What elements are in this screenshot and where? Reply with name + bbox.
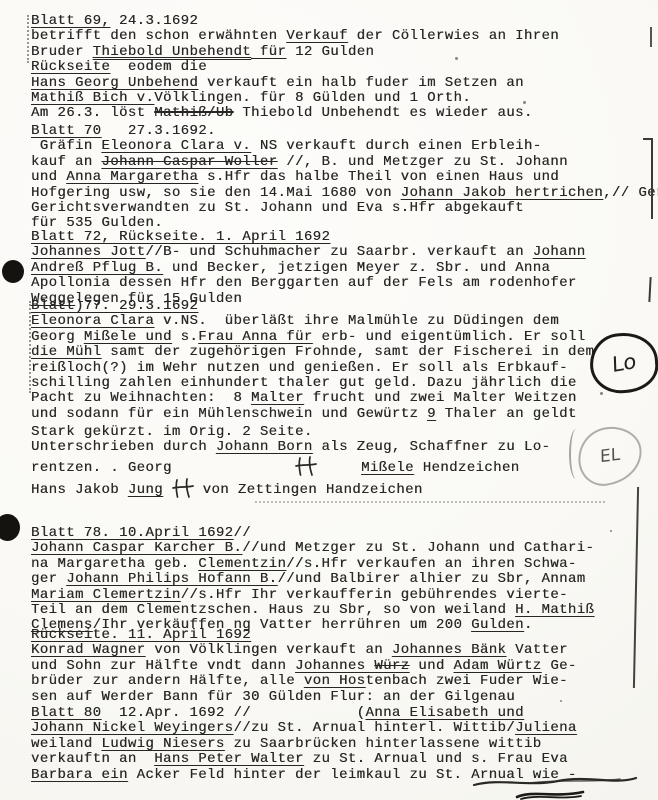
text-line: Hofgering usw, so sie den 14.Mai 1680 vo… — [31, 186, 658, 201]
text-segment: Johann Jakob hertrichen — [401, 185, 603, 201]
text-line: betrifft den schon erwähnten Verkauf der… — [31, 29, 658, 44]
text-line: rentzen. . Georg Mißele Hendzeichen — [31, 456, 658, 471]
text-segment: //s.Hfr verkaufen an ihren Schwa- — [286, 556, 576, 572]
text-segment: Jung — [128, 482, 163, 498]
text-line: Teil an dem Clementzschen. Haus zu Sbr, … — [31, 603, 658, 618]
text-segment: Hans Georg Unbehend — [31, 75, 198, 91]
text-segment: reißloch(?) im Wehr nutzen und genießen.… — [31, 360, 568, 376]
text-segment: Hans Peter Walter — [154, 751, 304, 767]
text-segment: 24.3.1692 — [110, 13, 198, 29]
text-segment: weiland — [31, 736, 101, 752]
text-segment: tenbach zwei Fuder Wie- — [365, 673, 567, 689]
scan-speck — [560, 700, 562, 702]
scan-speck — [455, 57, 458, 60]
text-segment: Anna Elisabeth und — [365, 705, 523, 721]
text-segment: Clementzin — [198, 556, 286, 572]
text-segment: von Zettingen Handzeichen — [194, 482, 423, 498]
text-segment: )77. 29.3.1692 — [75, 298, 198, 314]
text-line: Johann Caspar Karcher B.//und Metzger zu… — [31, 541, 658, 556]
text-segment: und Sohn zur Hälfte vndt dann — [31, 658, 295, 674]
text-segment: Gerichtsverwandten zu St. Johann und Eva… — [31, 200, 524, 216]
text-segment: ( — [251, 705, 365, 721]
text-segment: sen auf Werder Bann für 30 Gülden Flur: … — [31, 689, 515, 705]
text-segment: und Becker, jetzigen Meyer z. Sbr. und A… — [163, 260, 550, 276]
section-blatt-69: Blatt 69, 24.3.1692betrifft den schon er… — [31, 14, 658, 122]
text-segment: Würz — [374, 658, 409, 674]
text-segment: Hendzeichen — [414, 460, 520, 476]
text-segment — [172, 460, 295, 476]
text-segment: Johann Nickel Weyingers — [31, 720, 233, 736]
text-segment: von Völklingen verkauft an — [145, 642, 391, 658]
text-line: Hans Georg Unbehend verkauft ein halb fu… — [31, 76, 658, 91]
text-line: Apollonia dessen Hfr den Berggarten auf … — [31, 276, 658, 291]
text-segment: s. — [172, 329, 198, 345]
text-line: Pacht zu Weihnachten: 8 Malter frucht un… — [31, 391, 658, 406]
text-segment: Teil an dem Clementzschen. Haus zu Sbr, … — [31, 602, 515, 618]
text-line: na Margaretha geb. Clementzin//s.Hfr ver… — [31, 557, 658, 572]
text-line: Stark gekürzt. im Orig. 2 Seite. — [31, 425, 658, 440]
text-segment: // — [233, 525, 251, 541]
text-segment: Mathiß Bich v. — [31, 90, 154, 106]
scan-speck — [523, 101, 526, 104]
text-segment: Johann Born — [216, 439, 313, 455]
text-segment: Rückseite. 11. April 1692 — [31, 627, 251, 643]
text-line: verkauftn an Hans Peter Walter zu St. Ar… — [31, 752, 658, 767]
text-segment: Juliena — [515, 720, 577, 736]
text-line: Andreß Pflug B. und Becker, jetzigen Mey… — [31, 261, 658, 276]
handzeichen-mark-icon — [295, 456, 317, 476]
text-segment: Eleonora Clara v. — [101, 138, 251, 154]
text-segment: Thaler an geldt — [436, 406, 577, 422]
text-segment: Apollonia dessen Hfr den Berggarten auf … — [31, 275, 577, 291]
text-segment: verkauftn an — [31, 751, 154, 767]
text-segment: für — [251, 44, 286, 60]
text-segment: Thiebold Unbehendt es wieder aus. — [233, 105, 532, 121]
text-segment: Barbara ein — [31, 767, 128, 783]
text-segment: Johannes Bänk — [392, 642, 506, 658]
text-line: Gerichtsverwandten zu St. Johann und Eva… — [31, 201, 658, 216]
hole-punch-dot — [2, 260, 24, 283]
text-segment: als Zeug, Schaffner zu Lo- — [313, 439, 551, 455]
text-segment: zu Saarbrücken hinterlassene wittib — [225, 736, 542, 752]
scan-speck — [610, 530, 612, 532]
right-margin-bracket-tick — [643, 138, 653, 140]
text-line: schilling zahlen einhundert thaler gut g… — [31, 376, 658, 391]
text-layer: Blatt 69, 24.3.1692betrifft den schon er… — [0, 0, 658, 800]
text-segment: Andreß Pflug B. — [31, 260, 163, 276]
text-segment: Ludwig Niesers — [101, 736, 224, 752]
text-segment: NS verkauft durch einen Erbleih- — [251, 138, 541, 154]
text-segment: v.NS. überläßt ihre Malmühle zu Düdingen… — [154, 313, 559, 329]
text-line: Rückseite. 11. April 1692 — [31, 628, 658, 643]
text-segment: Blatt 72, Rückseite. 1. April 1692 — [31, 229, 330, 245]
text-segment: 27.3.1692. — [101, 123, 215, 139]
text-segment: ,// Geri — [603, 185, 658, 201]
text-segment: Ge- — [542, 658, 577, 674]
section-blatt-77-note: Stark gekürzt. im Orig. 2 Seite.Untersch… — [31, 425, 658, 471]
text-line: Mathiß Bich v.Völklingen. für 8 Gülden u… — [31, 91, 658, 106]
text-segment: von Hos — [304, 673, 366, 689]
text-segment: Blatt 78. 10.April 1692 — [31, 525, 233, 541]
section-blatt-70: Blatt 70 27.3.1692. Gräfin Eleonora Clar… — [31, 124, 658, 232]
left-margin-dotted-line — [27, 15, 29, 63]
text-segment: brüder zur andern Hälfte, alle — [31, 673, 304, 689]
text-line: Blatt 70 27.3.1692. — [31, 124, 658, 139]
text-segment: Völklingen. für 8 Gülden und 1 Orth. — [154, 90, 471, 106]
text-segment: Mathiß/Ub — [154, 105, 233, 121]
text-line: Blatt)77. 29.3.1692 — [31, 299, 658, 314]
text-line: und sodann für ein Mühlenschwein und Gew… — [31, 407, 658, 422]
text-line: und Sohn zur Hälfte vndt dann Johannes W… — [31, 659, 658, 674]
text-line: weiland Ludwig Niesers zu Saarbrücken hi… — [31, 737, 658, 752]
text-segment: Johann Philips Hofann B. — [66, 571, 277, 587]
text-line: Konrad Wagner von Völklingen verkauft an… — [31, 643, 658, 658]
text-segment: schilling zahlen einhundert thaler gut g… — [31, 375, 577, 391]
text-segment: Pacht zu Weihnachten: 8 — [31, 390, 251, 406]
margin-annotation-el-paren — [569, 429, 583, 479]
text-segment: zu St. Arnual und s. Frau Eva — [304, 751, 568, 767]
text-segment: Gräfin — [31, 138, 101, 154]
text-segment: 12.Apr. 1692 // — [101, 705, 251, 721]
text-segment: //B- und Schuhmacher zu Saarbr. verkauft… — [145, 244, 532, 260]
text-segment: Johannes Jott — [31, 244, 145, 260]
text-segment: Mariam Clemertzin — [31, 587, 181, 603]
text-segment: frucht und zwei Malter Weitzen — [304, 390, 577, 406]
section-rueckseite-11-april: Rückseite. 11. April 1692Konrad Wagner v… — [31, 628, 658, 705]
text-segment: Blatt — [31, 298, 75, 314]
text-segment: H. Mathiß — [515, 602, 594, 618]
text-line: Johann Nickel Weyingers//zu St. Arnual h… — [31, 721, 658, 736]
text-segment: die Mühl — [31, 344, 101, 360]
text-line: Am 26.3. löst Mathiß/Ub Thiebold Unbehen… — [31, 106, 658, 121]
text-segment: Mißele — [361, 460, 414, 476]
text-segment: Verkauf — [286, 28, 348, 44]
text-line: Gräfin Eleonora Clara v. NS verkauft dur… — [31, 139, 658, 154]
scan-noise-dots — [255, 501, 605, 503]
text-segment: Blatt 80 — [31, 705, 101, 721]
text-segment: betrifft den schon erwähnten — [31, 28, 286, 44]
text-line: Blatt 78. 10.April 1692// — [31, 526, 658, 541]
text-segment: und sodann für ein Mühlenschwein und Gew… — [31, 406, 427, 422]
scan-speck — [447, 336, 449, 338]
text-segment: und — [31, 169, 66, 185]
margin-annotation-lo-label: Lo — [612, 349, 637, 377]
text-line: Blatt 80 12.Apr. 1692 // (Anna Elisabeth… — [31, 706, 658, 721]
text-line: reißloch(?) im Wehr nutzen und genießen.… — [31, 361, 658, 376]
text-segment: Malter — [251, 390, 304, 406]
text-line: Mariam Clemertzin//s.Hfr Ihr verkaufferi… — [31, 588, 658, 603]
scanned-document-page: Blatt 69, 24.3.1692betrifft den schon er… — [0, 0, 658, 800]
text-segment: Johann Caspar Woller — [101, 154, 277, 170]
text-segment: samt der zugehörigen Frohnde, samt der F… — [101, 344, 594, 360]
text-segment: 12 Gulden — [286, 44, 374, 60]
text-segment: der Cöllerwies an Ihren — [348, 28, 559, 44]
text-segment — [317, 460, 361, 476]
text-segment: rentzen. . Georg — [31, 460, 172, 476]
text-segment: Georg — [31, 329, 84, 345]
text-segment: Vatter — [506, 642, 568, 658]
text-line: Georg Mißele und s.Frau Anna für erb- un… — [31, 330, 658, 345]
text-segment: Johann Caspar Karcher B. — [31, 540, 242, 556]
text-line: brüder zur andern Hälfte, alle von Hoste… — [31, 674, 658, 689]
text-segment: //s.Hfr Ihr verkaufferin gebührendes vie… — [181, 587, 568, 603]
text-segment: 9 — [427, 406, 436, 422]
text-line: Blatt 72, Rückseite. 1. April 1692 — [31, 230, 658, 245]
text-segment: Anna Margaretha — [66, 169, 198, 185]
text-segment: //und Metzger zu St. Johann und Cathari- — [242, 540, 594, 556]
text-segment: Konrad Wagner — [31, 642, 145, 658]
text-line: Bruder Thiebold Unbehendt für 12 Gulden — [31, 45, 658, 60]
text-line: Rückseite eodem die — [31, 60, 658, 75]
section-blatt-72: Blatt 72, Rückseite. 1. April 1692Johann… — [31, 230, 658, 307]
text-segment: verkauft ein halb fuder im Setzen an — [198, 75, 524, 91]
text-segment: Johann — [533, 244, 586, 260]
right-edge-dash — [650, 27, 652, 47]
text-segment: s.Hfr das halbe Theil von einen Haus und — [198, 169, 559, 185]
text-segment: Hans Jakob — [31, 482, 128, 498]
handzeichen-mark-icon — [172, 478, 194, 498]
text-line: die Mühl samt der zugehörigen Frohnde, s… — [31, 345, 658, 360]
text-segment — [163, 482, 172, 498]
text-segment: und — [409, 658, 453, 674]
text-line: sen auf Werder Bann für 30 Gülden Flur: … — [31, 690, 658, 705]
section-blatt-78: Blatt 78. 10.April 1692//Johann Caspar K… — [31, 526, 658, 634]
text-line: und Anna Margaretha s.Hfr das halbe Thei… — [31, 170, 658, 185]
text-line: kauf an Johann Caspar Woller //, B. und … — [31, 155, 658, 170]
section-jung-handzeichen: Hans Jakob Jung von Zettingen Handzeiche… — [31, 478, 658, 493]
text-segment: eodem die — [110, 59, 207, 75]
text-segment: Frau Anna für — [198, 329, 312, 345]
text-segment: Eleonora Clara — [31, 313, 154, 329]
text-line: Unterschrieben durch Johann Born als Zeu… — [31, 440, 658, 455]
text-segment: Rückseite — [31, 59, 110, 75]
text-segment: na Margaretha geb. — [31, 556, 198, 572]
text-line: ger Johann Philips Hofann B.//und Balbir… — [31, 572, 658, 587]
text-line: Eleonora Clara v.NS. überläßt ihre Malmü… — [31, 314, 658, 329]
text-segment: Hofgering usw, so sie den 14.Mai 1680 vo… — [31, 185, 401, 201]
text-line: Blatt 69, 24.3.1692 — [31, 14, 658, 29]
text-segment: Blatt 70 — [31, 123, 101, 139]
text-segment: Thiebold Unbehendt — [93, 44, 251, 60]
text-segment: //und Balbirer alhier zu Sbr, Annam — [277, 571, 585, 587]
text-segment: Am 26.3. löst — [31, 105, 154, 121]
text-segment: Mißele und — [84, 329, 172, 345]
text-segment: Adam Würtz — [454, 658, 542, 674]
text-segment: ger — [31, 571, 66, 587]
scan-speck — [600, 392, 603, 395]
right-margin-bracket — [651, 139, 653, 219]
text-line: Johannes Jott//B- und Schuhmacher zu Saa… — [31, 245, 658, 260]
text-segment: //zu St. Arnual hinterl. Wittib/ — [233, 720, 515, 736]
text-segment: Unterschrieben durch — [31, 439, 216, 455]
text-segment: //, B. und Metzger zu St. Johann — [277, 154, 567, 170]
section-blatt-77: Blatt)77. 29.3.1692Eleonora Clara v.NS. … — [31, 299, 658, 422]
margin-annotation-el-label: EL — [600, 445, 620, 468]
text-segment: Stark gekürzt. im Orig. 2 Seite. — [31, 424, 313, 440]
text-segment: kauf an — [31, 154, 101, 170]
text-segment: Johannes — [295, 658, 374, 674]
text-segment: Blatt 69, — [31, 13, 110, 29]
left-margin-dotted-line — [29, 301, 31, 393]
text-segment: Bruder — [31, 44, 93, 60]
handwritten-scribble — [515, 788, 587, 800]
text-segment: erb- und eigentümlich. Er soll — [313, 329, 586, 345]
text-line: Hans Jakob Jung von Zettingen Handzeiche… — [31, 478, 658, 493]
